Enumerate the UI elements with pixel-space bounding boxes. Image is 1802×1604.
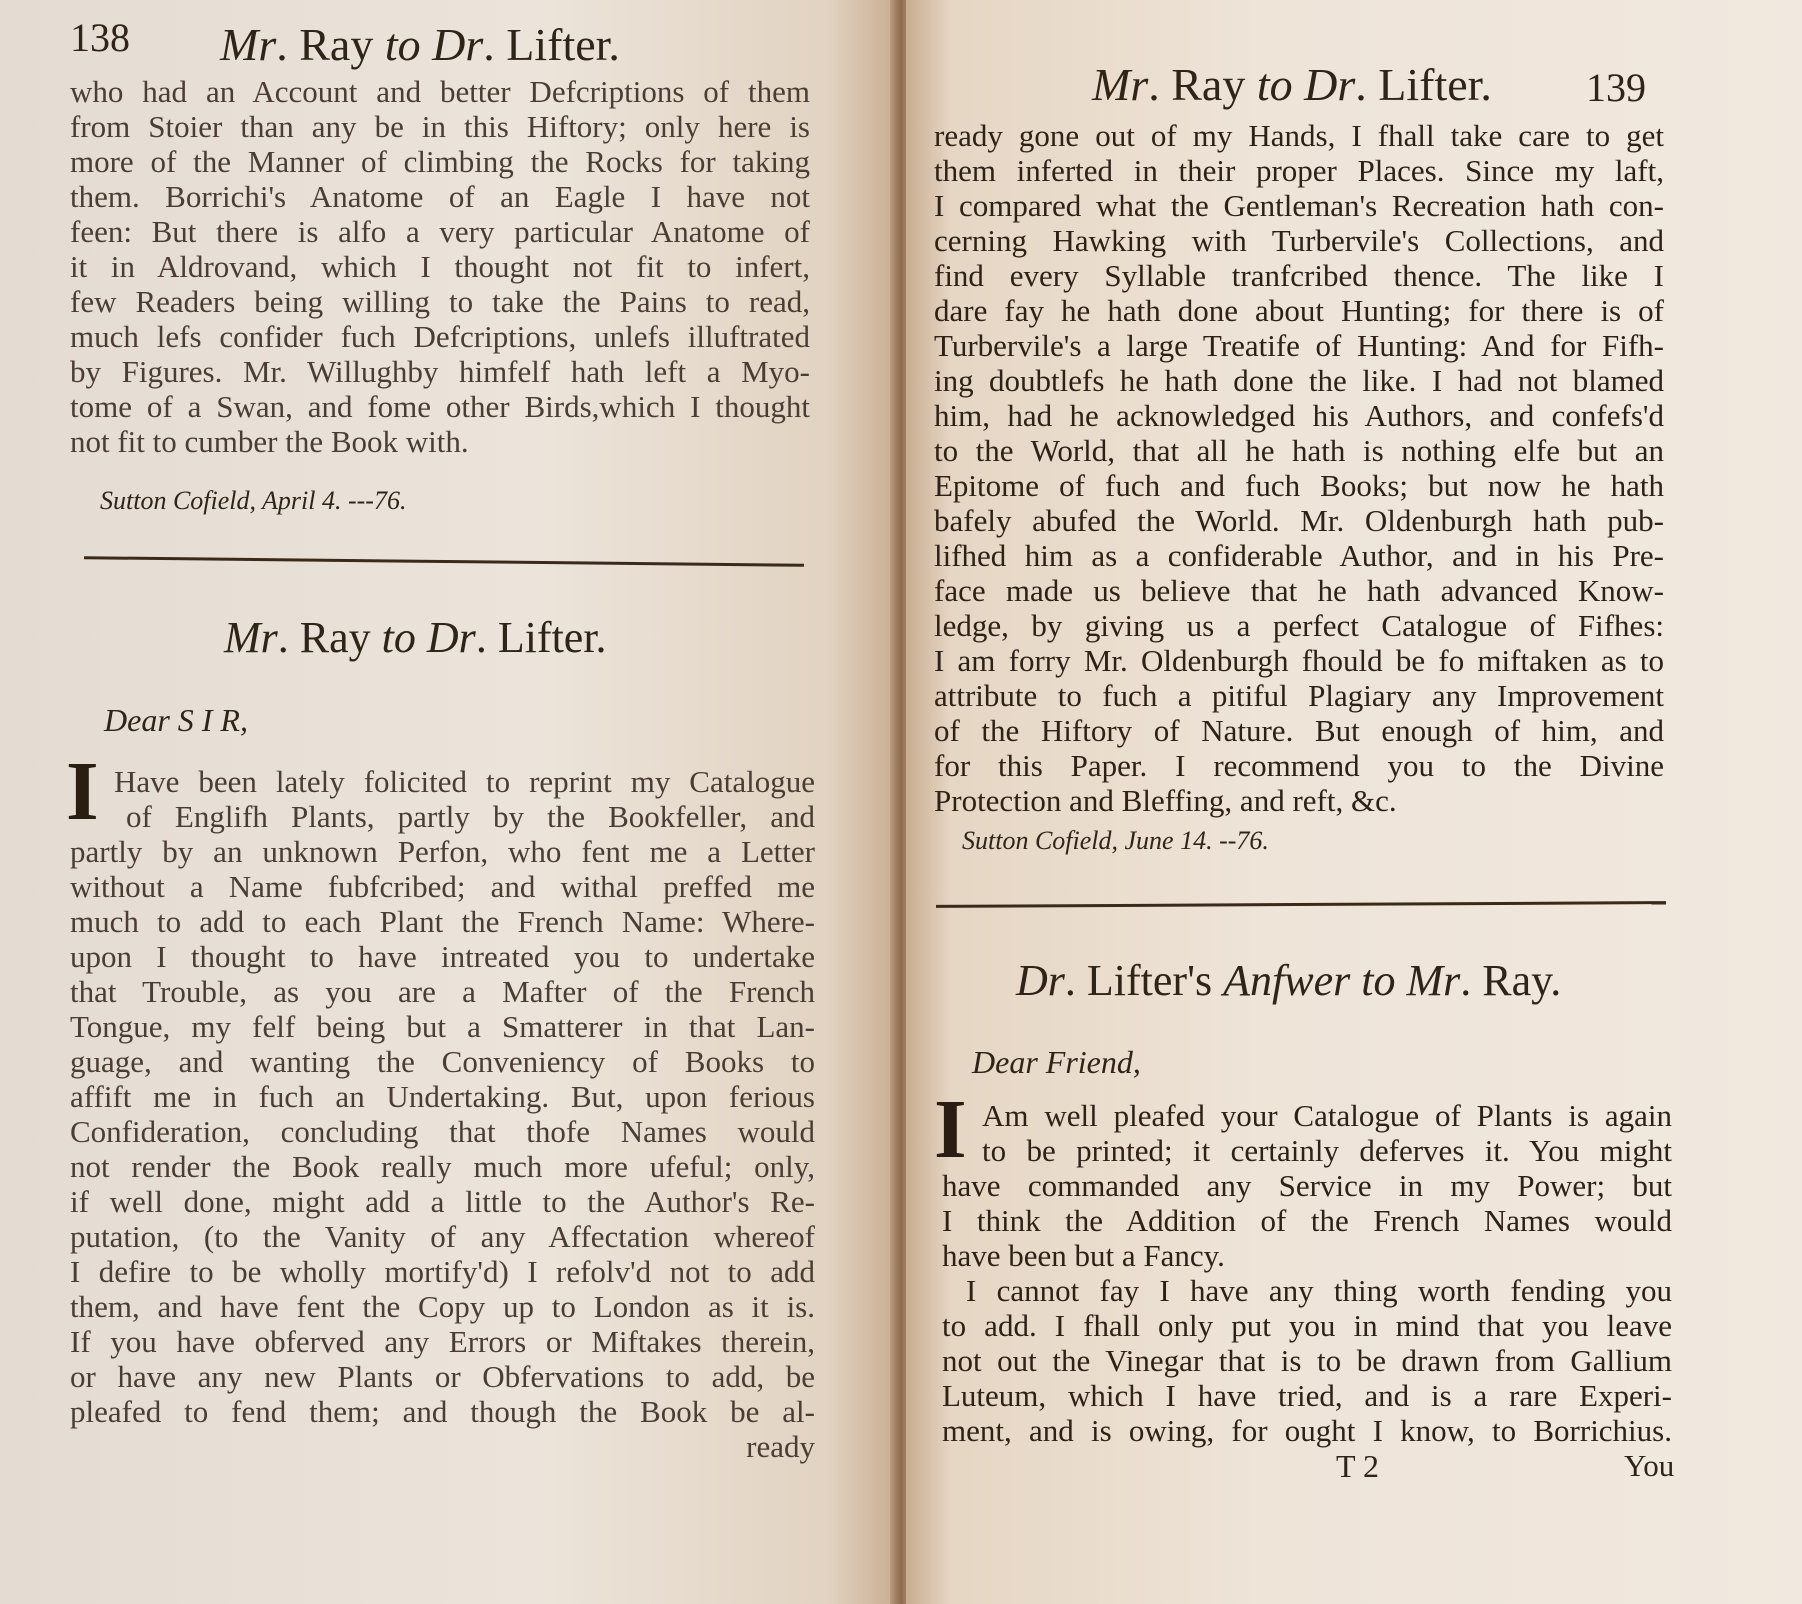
catchword: You [1624,1448,1674,1484]
text-line: face made us believe that he hath advanc… [934,573,1664,608]
text-line: for this Paper. I recommend you to the D… [934,748,1664,783]
section-rule [936,901,1666,908]
text-line: attribute to fuch a pitiful Plagiary any… [934,678,1664,713]
text-line: few Readers being willing to take the Pa… [70,284,810,319]
text-line: to add. I fhall only put you in mind tha… [942,1308,1672,1343]
running-head: Mr. Ray to Dr. Lifter. [220,18,620,71]
text-line: much to add to each Plant the French Nam… [70,904,815,939]
text-line: dare fay he hath done about Hunting; for… [934,293,1664,328]
letter-body: Am well pleafed your Catalogue of Plants… [942,1098,1672,1448]
text-line: him, had he acknowledged his Authors, an… [934,398,1664,433]
salutation: Dear Friend, [972,1044,1141,1081]
section-heading: Mr. Ray to Dr. Lifter. [224,612,607,663]
text-line: I compared what the Gentleman's Recreati… [934,188,1664,223]
text-line: by Figures. Mr. Willughby himfelf hath l… [70,354,810,389]
text-line: guage, and wanting the Conveniency of Bo… [70,1044,815,1079]
text-line: tome of a Swan, and fome other Birds,whi… [70,389,810,424]
text-line: of Englifh Plants, partly by the Bookfel… [70,799,815,834]
book-spread: 138 Mr. Ray to Dr. Lifter. who had an Ac… [0,0,1802,1604]
text-line: have commanded any Service in my Power; … [942,1168,1672,1203]
text-line: have been but a Fancy. [942,1238,1672,1273]
text-line: not out the Vinegar that is to be drawn … [942,1343,1672,1378]
text-line: find every Syllable tranfcribed thence. … [934,258,1664,293]
text-line: bafely abufed the World. Mr. Oldenburgh … [934,503,1664,538]
text-line: I am forry Mr. Oldenburgh fhould be fo m… [934,643,1664,678]
text-line: Confideration, concluding that thofe Nam… [70,1114,815,1149]
text-line: to be printed; it certainly deferves it.… [942,1133,1672,1168]
text-line: putation, (to the Vanity of any Affectat… [70,1219,815,1254]
running-head: Mr. Ray to Dr. Lifter. [1092,58,1492,111]
dateline: Sutton Cofield, June 14. --76. [962,826,1269,856]
right-page: Mr. Ray to Dr. Lifter. 139 ready gone ou… [906,0,1802,1604]
text-line: that Trouble, as you are a Mafter of the… [70,974,815,1009]
text-line: Protection and Bleffing, and reft, &c. [934,783,1664,818]
text-line: it in Aldrovand, which I thought not fit… [70,249,810,284]
text-line: partly by an unknown Perfon, who fent me… [70,834,815,869]
text-line: them. Borrichi's Anatome of an Eagle I h… [70,179,810,214]
text-line: or have any new Plants or Obfervations t… [70,1359,815,1394]
text-line: more of the Manner of climbing the Rocks… [70,144,810,179]
text-line: I cannot fay I have any thing worth fend… [942,1273,1672,1308]
text-line: if well done, might add a little to the … [70,1184,815,1219]
text-line: ing doubtlefs he hath done the like. I h… [934,363,1664,398]
text-line: pleafed to fend them; and though the Boo… [70,1394,815,1429]
letter-body: Have been lately folicited to reprint my… [70,764,815,1464]
text-line: who had an Account and better Defcriptio… [70,74,810,109]
page-number: 138 [70,14,130,61]
text-line: without a Name fubfcribed; and withal pr… [70,869,815,904]
text-line: ready gone out of my Hands, I fhall take… [934,118,1664,153]
section-rule [84,556,804,567]
catchword: ready [70,1429,815,1464]
salutation: Dear S I R, [104,702,248,739]
text-line: Epitome of fuch and fuch Books; but now … [934,468,1664,503]
text-line: Am well pleafed your Catalogue of Plants… [942,1098,1672,1133]
text-line: them, and have fent the Copy up to Londo… [70,1289,815,1324]
text-line: much lefs confider fuch Defcriptions, un… [70,319,810,354]
page-number: 139 [1586,64,1646,111]
text-line: I think the Addition of the French Names… [942,1203,1672,1238]
text-line: not fit to cumber the Book with. [70,424,810,459]
text-line: Luteum, which I have tried, and is a rar… [942,1378,1672,1413]
text-line: lifhed him as a confiderable Author, and… [934,538,1664,573]
text-line: them inferted in their proper Places. Si… [934,153,1664,188]
section-heading: Dr. Lifter's Anfwer to Mr. Ray. [1016,955,1561,1006]
signature-mark: T 2 [1336,1448,1379,1485]
text-line: Tongue, my felf being but a Smatterer in… [70,1009,815,1044]
dateline: Sutton Cofield, April 4. ---76. [100,486,406,516]
text-line: to the World, that all he hath is nothin… [934,433,1664,468]
text-line: I defire to be wholly mortify'd) I refol… [70,1254,815,1289]
text-line: affift me in fuch an Undertaking. But, u… [70,1079,815,1114]
continued-text: who had an Account and better Defcriptio… [70,74,810,459]
text-line: from Stoier than any be in this Hiftory;… [70,109,810,144]
text-line: Turbervile's a large Treatife of Hunting… [934,328,1664,363]
left-page: 138 Mr. Ray to Dr. Lifter. who had an Ac… [0,0,898,1604]
text-line: ment, and is owing, for ought I know, to… [942,1413,1672,1448]
continued-text: ready gone out of my Hands, I fhall take… [934,118,1664,818]
text-line: Have been lately folicited to reprint my… [70,764,815,799]
text-line: cerning Hawking with Turbervile's Collec… [934,223,1664,258]
text-line: upon I thought to have intreated you to … [70,939,815,974]
text-line: If you have obferved any Errors or Mifta… [70,1324,815,1359]
text-line: feen: But there is alfo a very particula… [70,214,810,249]
text-line: ledge, by giving us a perfect Catalogue … [934,608,1664,643]
text-line: of the Hiftory of Nature. But enough of … [934,713,1664,748]
text-line: not render the Book really much more ufe… [70,1149,815,1184]
